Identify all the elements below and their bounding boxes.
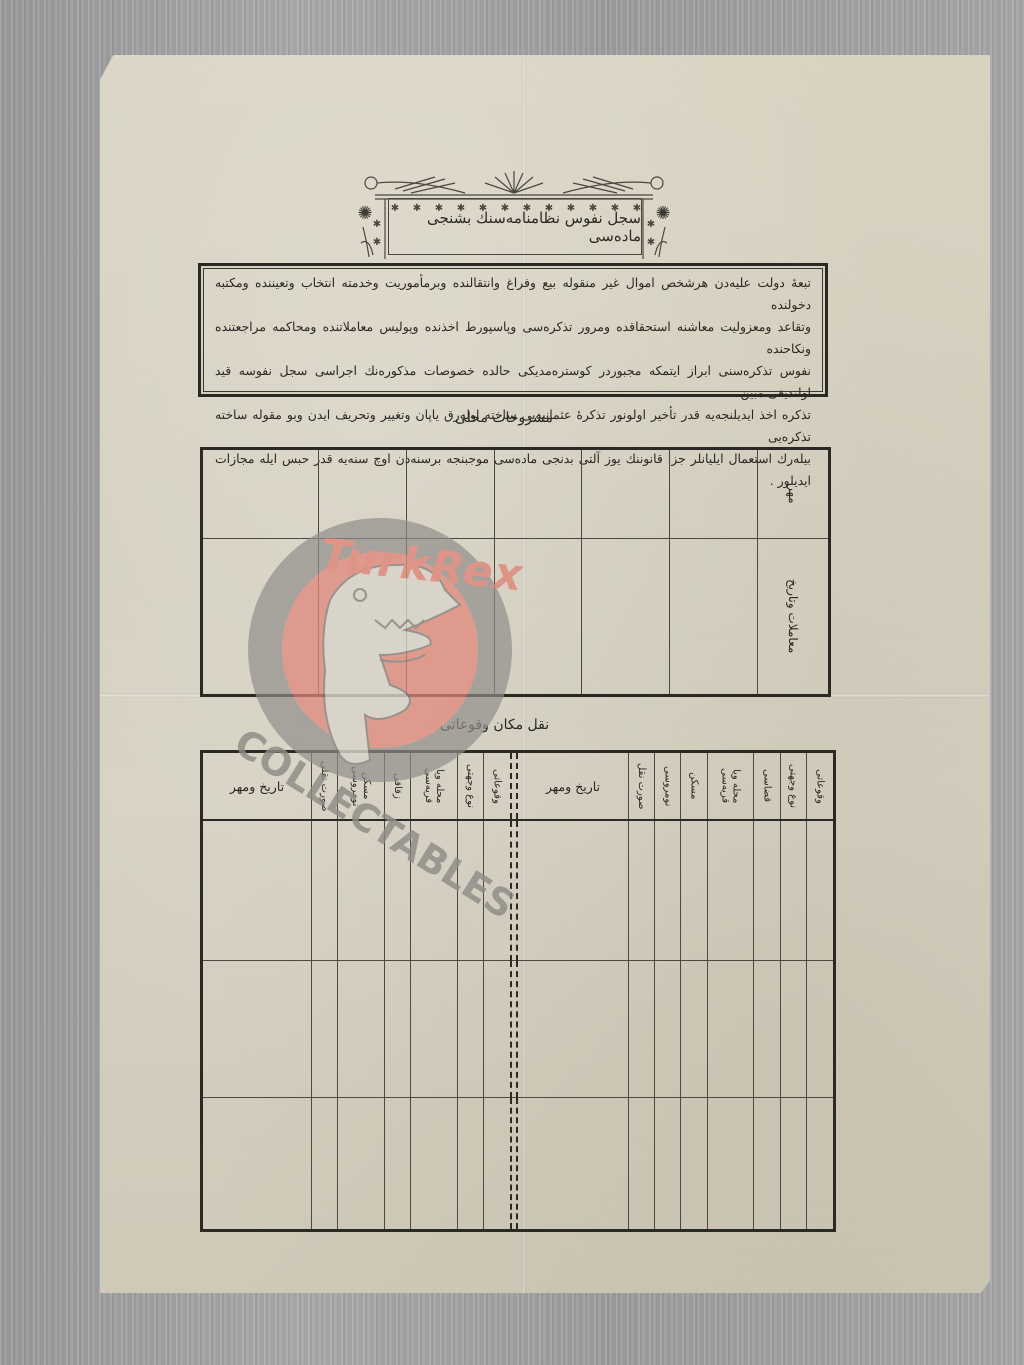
col-header: نومروسی	[655, 752, 681, 821]
table-cell	[582, 539, 670, 696]
svg-text:✱: ✱	[647, 219, 655, 230]
table-cell	[406, 449, 494, 539]
svg-text:✱: ✱	[373, 219, 381, 230]
table-cell	[670, 449, 758, 539]
table-row	[202, 960, 835, 1097]
legal-notice-box: تبعهٔ دولت علیه‌دن هرشخص اموال غیر منقول…	[198, 263, 828, 397]
col-header: وقوعاتی	[806, 752, 834, 821]
col-header: صورت نقلی	[312, 752, 338, 821]
svg-text:✱: ✱	[647, 237, 655, 248]
col-header: نوع وجهتی	[458, 752, 484, 821]
table-row	[202, 1097, 835, 1231]
col-header: محله ویا قریه‌سی	[411, 752, 458, 821]
row-label-transactions-date: معاملات وتاریخ	[758, 539, 830, 696]
table-cell	[319, 449, 407, 539]
table-cell	[319, 539, 407, 696]
section-relocation-label: نقل مکان وقوعاتی	[440, 717, 549, 733]
table-row	[202, 820, 835, 960]
notice-line: وتقاعد ومعزولیت معاشنه استحقاقده ومرور ت…	[215, 316, 811, 360]
regulation-title: سجل نفوس نظامنامه‌سنك بشنجی ماده‌سی	[388, 198, 642, 255]
col-header: محله ویا قریه‌سی	[707, 752, 754, 821]
document-sheet: ✱✱✱✱ ✱✱✱✱ ✱✱✱✱ ✱✱✱✱ ✺✺ سجل نفوس نظامنامه…	[100, 55, 990, 1293]
table-cell	[494, 539, 582, 696]
notice-line: تبعهٔ دولت علیه‌دن هرشخص اموال غیر منقول…	[215, 272, 811, 316]
svg-text:✱: ✱	[373, 237, 381, 248]
col-header: مسکن نومروسی	[338, 752, 385, 821]
table-cell	[202, 539, 319, 696]
table-cell	[494, 449, 582, 539]
col-header: زقاقی	[385, 752, 411, 821]
table-cell	[406, 539, 494, 696]
table-cell	[202, 449, 319, 539]
table-cell	[582, 449, 670, 539]
col-header: نوع وجهتی	[780, 752, 806, 821]
col-header: وقوعاتی	[484, 752, 511, 821]
col-date-seal-right: تاریخ ومهر	[517, 752, 629, 821]
col-header: صورت نقل	[628, 752, 654, 821]
table-cell	[670, 539, 758, 696]
section-local-notes-label: مشروحات محلی	[455, 410, 553, 426]
col-header: قضاسی	[754, 752, 780, 821]
notice-line: نفوس تذکره‌سنی ابراز ایتمکه مجبوردر کوست…	[215, 360, 811, 404]
row-label-seal: مهر	[758, 449, 830, 539]
local-notes-table: مهر معاملات وتاریخ	[200, 447, 831, 697]
svg-text:✺: ✺	[357, 203, 372, 224]
svg-text:✺: ✺	[655, 203, 670, 224]
relocation-events-table: تاریخ ومهر صورت نقلی مسکن نومروسی زقاقی …	[200, 750, 836, 1232]
col-date-seal-left: تاریخ ومهر	[202, 752, 312, 821]
col-header: مسکن	[681, 752, 707, 821]
